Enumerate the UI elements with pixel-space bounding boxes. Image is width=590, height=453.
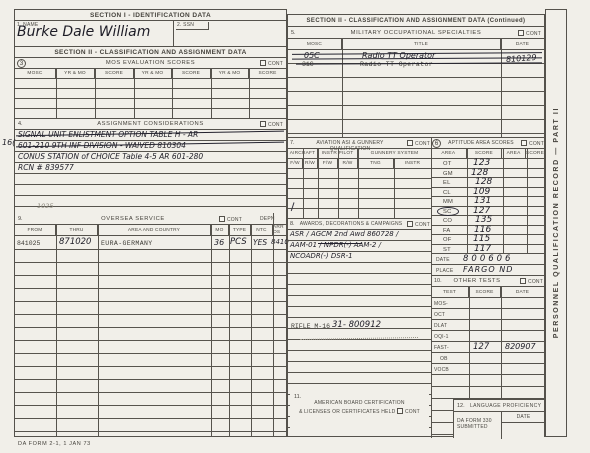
awards-body: ASR / AGCM 2nd Awd 860728 / AAM-01 / NPD…: [288, 230, 431, 438]
oversea-from: 841025: [17, 240, 40, 247]
col-header: NTC: [251, 225, 273, 235]
section10-number: 10.: [434, 278, 442, 284]
pencil-scribble: [300, 335, 418, 340]
stray-mark: [291, 202, 299, 212]
cont-label: CONT: [415, 222, 430, 228]
cont-checkbox: [397, 408, 403, 414]
da-form-330-label: DA FORM 330 SUBMITTED: [457, 418, 499, 430]
col-header: R/W: [303, 159, 318, 168]
section5-cont: CONT: [518, 30, 541, 37]
cont-label: CONT: [526, 31, 541, 37]
side-title: PERSONNEL QUALIFICATION RECORD — PART II: [553, 107, 560, 338]
cont-checkbox: [407, 221, 413, 227]
col-header: DATE: [501, 39, 544, 49]
section10-cont: CONT: [520, 278, 543, 285]
assignment-entry-3: CONUS STATION of CHOICE Table 4-5 AR 601…: [18, 152, 203, 161]
cont-label: CONT: [528, 279, 543, 285]
language-title: LANGUAGE PROFICIENCY: [470, 403, 541, 409]
test-name: MOS-: [434, 301, 448, 307]
ssn-label: 2. SSN: [176, 22, 209, 30]
col-header: MOSC: [15, 69, 56, 78]
oversea-thru: 871020: [59, 237, 91, 247]
oversea-mo: 36: [214, 238, 224, 247]
area-score: 117: [474, 244, 491, 254]
test-date: 820907: [505, 342, 536, 351]
area-score: 128: [471, 168, 488, 178]
section8-number: 8.: [290, 221, 295, 227]
area-code: CO: [443, 218, 452, 224]
area-score: 115: [473, 234, 490, 244]
col-header: TITLE: [342, 39, 501, 49]
cont-checkbox: [219, 216, 225, 222]
area-score: 123: [473, 158, 490, 168]
area-code: MM: [443, 199, 453, 205]
other-tests-title: OTHER TESTS: [443, 278, 511, 284]
col-header: FROM: [15, 225, 56, 235]
mos-eval-title: MOS EVALUATION SCORES: [15, 60, 286, 66]
col-header-arr-os: ARR OS: [273, 225, 286, 235]
test-row: VOCB: [431, 364, 544, 375]
area-code: OF: [443, 237, 451, 243]
col-header: AREA: [502, 149, 526, 158]
col-header: YR & MO: [56, 69, 95, 78]
area-score: 109: [473, 187, 490, 197]
section7-cont: CONT: [407, 140, 430, 147]
place-label: PLACE: [436, 268, 453, 274]
awards-entry-3: NCOADR(-) DSR-1: [290, 252, 353, 260]
oversea-service-header: 9. OVERSEA SERVICE CONT DEPN: [15, 213, 286, 225]
awards-entry-1: ASR / AGCM 2nd Awd 860728 /: [290, 230, 398, 238]
language-date-label: DATE: [502, 412, 545, 423]
area-score: 135: [475, 215, 492, 225]
rifle-label: RIFLE M-16: [291, 323, 330, 330]
cont-label: CONT: [268, 122, 283, 128]
name-cell: 1. NAME Burke Dale William: [15, 21, 174, 47]
date-value: 800606: [463, 254, 513, 264]
aviation-table-body: [288, 169, 431, 219]
strike-line: [318, 243, 362, 244]
test-score: 127: [473, 342, 489, 352]
side-strip: PERSONNEL QUALIFICATION RECORD — PART II: [545, 9, 567, 437]
cont-label: CONT: [268, 61, 283, 67]
area-score: 127: [473, 206, 490, 216]
col-header: SCORE: [95, 69, 134, 78]
col-header: TEST: [431, 287, 469, 297]
date-label: DATE: [436, 257, 450, 263]
left-panel: SECTION I - IDENTIFICATION DATA 1. NAME …: [14, 9, 287, 437]
awards-title: AWARDS, DECORATIONS & CAMPAIGNS: [296, 221, 406, 227]
col-header: THRU: [56, 225, 98, 235]
board-cert-title-1: AMERICAN BOARD CERTIFICATION: [290, 400, 429, 406]
area-code: OT: [443, 161, 451, 167]
col-header: SCORE: [467, 149, 503, 158]
oversea-service-title: OVERSEA SERVICE: [15, 216, 251, 222]
section2-title-continued: SECTION II - CLASSIFICATION AND ASSIGNME…: [288, 15, 544, 27]
test-row: MOS-: [431, 298, 544, 309]
cont-checkbox: [518, 30, 524, 36]
oversea-type: PCS: [230, 237, 247, 247]
other-tests-rows: MOS- OCT DLAT OQI-1 FAST-127820907 OB VO…: [431, 298, 544, 375]
test-name: DLAT: [434, 323, 447, 329]
area-score: 131: [474, 196, 491, 206]
section8-cont: CONT: [407, 221, 430, 228]
mos-eval-header: 3 MOS EVALUATION SCORES CONT: [15, 58, 286, 69]
col-header: SCORE: [469, 287, 501, 297]
assignment-considerations-header: 4. ASSIGNMENT CONSIDERATIONS CONT: [15, 119, 286, 130]
col-header: GUNNERY SYSTEM: [358, 149, 431, 158]
aptitude-title: APTITUDE AREA SCORES: [440, 140, 522, 146]
test-name: VOCB: [434, 367, 449, 373]
test-name: OB: [440, 356, 448, 362]
aptitude-place-row: PLACE FARGO ND: [431, 265, 544, 276]
section9-cont: CONT: [219, 216, 242, 223]
test-name: FAST-: [434, 345, 449, 351]
col-header: TYPE: [229, 225, 251, 235]
area-code: FA: [443, 228, 451, 234]
col-header: R/W: [338, 159, 358, 168]
section3-cont: CONT: [260, 60, 283, 67]
cont-label: CONT: [529, 141, 544, 147]
col-header: INSTR: [394, 159, 431, 168]
col-header: MO: [211, 225, 229, 235]
sc-circle: [437, 207, 459, 216]
cont-label: CONT: [405, 409, 420, 415]
da-form-330-cell: DA FORM 330 SUBMITTED: [454, 412, 502, 439]
other-tests-header: 10. OTHER TESTS CONT: [431, 276, 544, 287]
scanned-form-da-2-1: SECTION I - IDENTIFICATION DATA 1. NAME …: [0, 0, 590, 453]
awards-header: 8. AWARDS, DECORATIONS & CAMPAIGNS CONT: [288, 219, 431, 230]
aviation-group-head: AIRCRAFT INSTR PILOT GUNNERY SYSTEM: [288, 149, 431, 159]
area-code: CL: [443, 190, 451, 196]
pencil-note: 1025: [37, 202, 54, 210]
board-cert-title-text: & LICENSES OR CERTIFICATES HELD: [299, 409, 395, 415]
test-row: OB: [431, 353, 544, 364]
area-code: ST: [443, 247, 451, 253]
aptitude-date-row: DATE 800606: [431, 254, 544, 265]
name-value: Burke Dale William: [17, 24, 150, 40]
oversea-area: EURA-GERMANY: [101, 240, 153, 247]
assignment-considerations-title: ASSIGNMENT CONSIDERATIONS: [15, 121, 286, 127]
board-cert-title-2: & LICENSES OR CERTIFICATES HELD CONT: [290, 408, 429, 415]
other-tests-empty-rows: [431, 375, 544, 399]
board-certification-block: 11. AMERICAN BOARD CERTIFICATION & LICEN…: [290, 392, 429, 428]
cont-checkbox: [260, 60, 266, 66]
col-header: TNG: [358, 159, 394, 168]
col-header: F/W: [288, 159, 303, 168]
section7-number: 7.: [290, 140, 295, 146]
area-score: 128: [475, 177, 492, 187]
oversea-ntc: YES: [253, 238, 267, 247]
assignment-entry-4: RCN # 839577: [18, 163, 74, 172]
aviation-sub-head: F/W R/W F/W R/W TNG INSTR: [288, 159, 431, 169]
mos-specialties-title: MILITARY OCCUPATIONAL SPECIALTIES: [288, 30, 544, 36]
aptitude-header: 6 APTITUDE AREA SCORES CONT: [431, 138, 544, 149]
col-header: SCORE: [249, 69, 286, 78]
section12-number: 12.: [457, 403, 465, 409]
cont-label: CONT: [415, 141, 430, 147]
place-value: FARGO ND: [463, 265, 513, 274]
aviation-qual-header: 7. AVIATION ASI & GUNNERY QUALIFICATION …: [288, 138, 431, 149]
rifle-value: 31- 800912: [332, 320, 381, 330]
col-header: SCORE: [172, 69, 211, 78]
ruled-sliver: [431, 399, 453, 438]
col-header: MOSC: [288, 39, 342, 49]
language-proficiency-block: 12. LANGUAGE PROFICIENCY DA FORM 330 SUB…: [453, 399, 544, 438]
mos-specialties-table-head: MOSC TITLE DATE: [288, 39, 544, 50]
test-row: OCT: [431, 309, 544, 320]
cont-label: CONT: [227, 217, 242, 223]
test-row: DLAT: [431, 320, 544, 331]
col-header: YR & MO: [134, 69, 172, 78]
test-name: OCT: [434, 312, 445, 318]
other-tests-table-head: TEST SCORE DATE: [431, 287, 544, 298]
col-header: SCORE: [526, 149, 544, 158]
section1-title: SECTION I - IDENTIFICATION DATA: [15, 10, 286, 21]
language-date-cell: DATE: [502, 412, 545, 439]
language-title-row: 12. LANGUAGE PROFICIENCY: [454, 400, 545, 412]
test-name: OQI-1: [434, 334, 449, 340]
margin-note: 16(: [2, 138, 15, 147]
area-code: GM: [443, 171, 453, 177]
col-header: DATE: [501, 287, 544, 297]
cont-checkbox: [521, 140, 527, 146]
test-row: OQI-1: [431, 331, 544, 342]
col-header: YR & MO: [211, 69, 249, 78]
section2-title: SECTION II - CLASSIFICATION AND ASSIGNME…: [15, 47, 286, 58]
section6-cont: CONT: [521, 140, 544, 147]
col-header: AREA: [431, 149, 467, 158]
area-score: 116: [474, 225, 491, 235]
form-footer: DA FORM 2-1, 1 JAN 73: [18, 441, 91, 447]
mos-specialties-header: 5. MILITARY OCCUPATIONAL SPECIALTIES CON…: [288, 27, 544, 39]
name-ssn-row: 1. NAME Burke Dale William 2. SSN: [15, 21, 286, 47]
ssn-cell: 2. SSN: [174, 21, 286, 47]
right-panel: SECTION II - CLASSIFICATION AND ASSIGNME…: [287, 14, 545, 437]
col-header: F/W: [318, 159, 338, 168]
test-row: FAST-127820907: [431, 342, 544, 353]
col-header: AREA AND COUNTRY: [98, 225, 211, 235]
cont-checkbox: [260, 121, 266, 127]
cont-checkbox: [407, 140, 413, 146]
section4-cont: CONT: [260, 121, 283, 128]
area-code: EL: [443, 180, 451, 186]
cont-checkbox: [520, 278, 526, 284]
